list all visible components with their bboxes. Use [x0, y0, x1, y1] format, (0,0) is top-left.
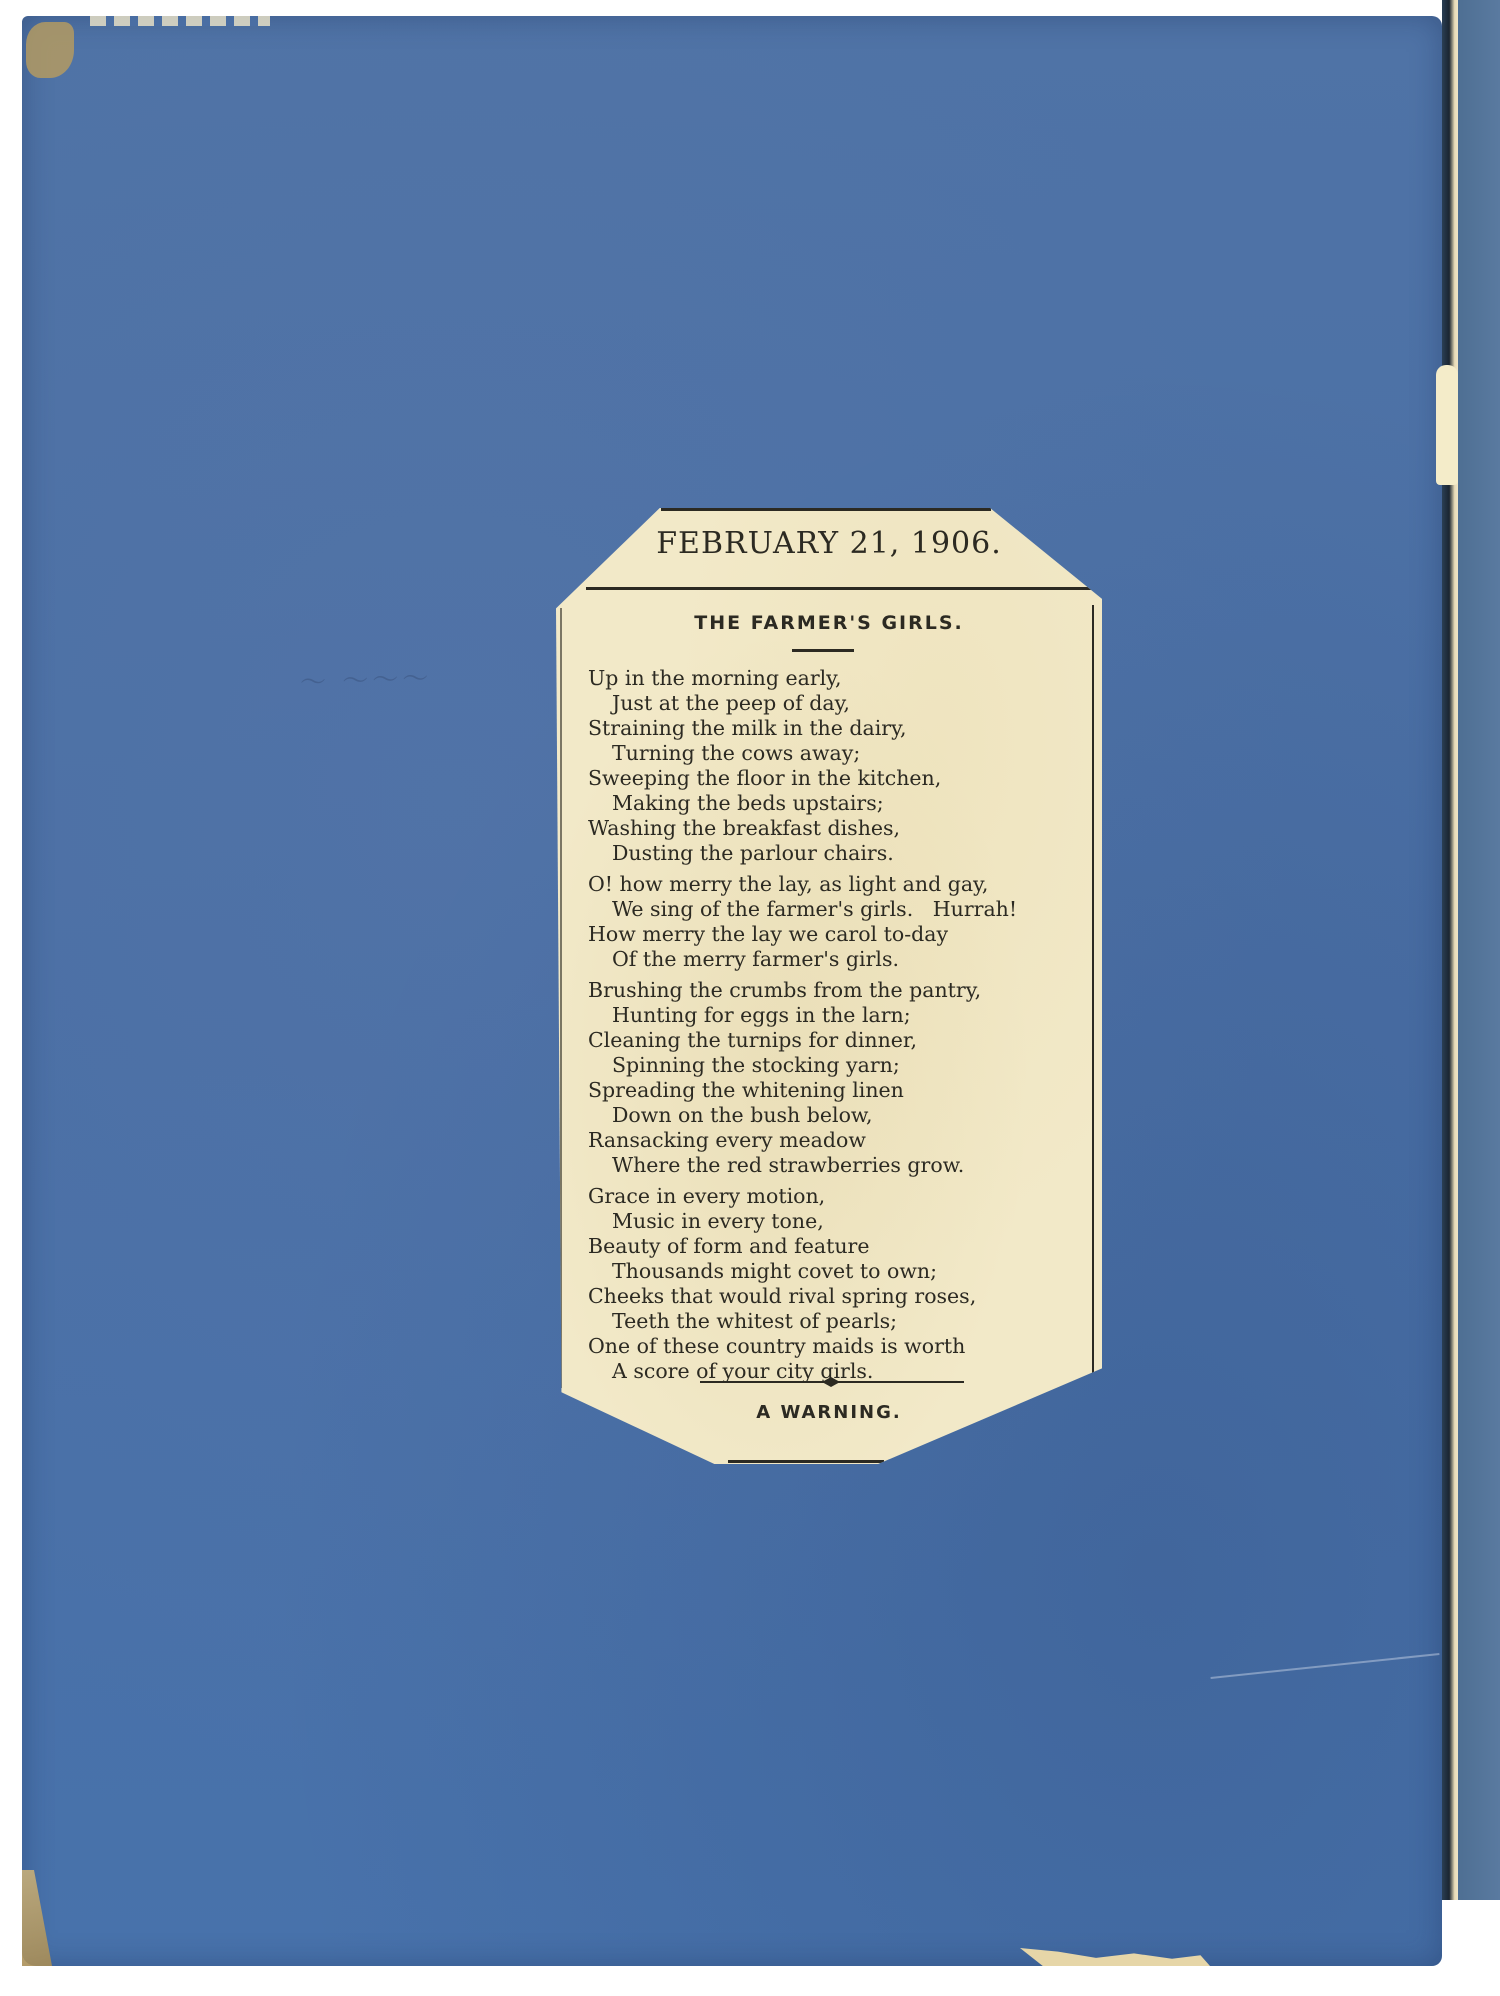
poem-line: Spreading the whitening linen [588, 1078, 1088, 1103]
stanza-1: Up in the morning early, Just at the pee… [588, 666, 1088, 866]
poem-line: Turning the cows away; [588, 741, 1088, 766]
poem-line: Spinning the stocking yarn; [588, 1053, 1088, 1078]
newspaper-clipping: FEBRUARY 21, 1906. THE FARMER'S GIRLS. U… [556, 508, 1102, 1464]
poem-line: One of these country maids is worth [588, 1334, 1088, 1359]
stanza-3: Grace in every motion, Music in every to… [588, 1184, 1088, 1384]
title-rule [792, 649, 854, 652]
poem-line: Cheeks that would rival spring roses, [588, 1284, 1088, 1309]
poem-line: How merry the lay we carol to-day [588, 922, 1088, 947]
corner-wear-top-left [26, 22, 74, 78]
poem-line: Down on the bush below, [588, 1103, 1088, 1128]
poem-line: Beauty of form and feature [588, 1234, 1088, 1259]
clipping-top-rule [661, 508, 991, 511]
clipping-bottom-rule [728, 1460, 884, 1463]
poem-line: Music in every tone, [588, 1209, 1088, 1234]
poem-line: Straining the milk in the dairy, [588, 716, 1088, 741]
faint-offset-mark: ～ ～～～ [299, 658, 432, 700]
poem-line: Brushing the crumbs from the pantry, [588, 978, 1088, 1003]
poem-line: Just at the peep of day, [588, 691, 1088, 716]
poem-title: THE FARMER'S GIRLS. [556, 612, 1102, 634]
poem-line: Making the beds upstairs; [588, 791, 1088, 816]
ornamental-divider [700, 1376, 964, 1388]
poem-line: Sweeping the floor in the kitchen, [588, 766, 1088, 791]
poem-line: Teeth the whitest of pearls; [588, 1309, 1088, 1334]
book-spine [1458, 0, 1500, 1900]
poem-line: Of the merry farmer's girls. [588, 947, 1088, 972]
stanza-chorus: O! how merry the lay, as light and gay, … [588, 872, 1088, 972]
poem-line: Hunting for eggs in the larn; [588, 1003, 1088, 1028]
poem-line: We sing of the farmer's girls. Hurrah! [588, 897, 1088, 922]
poem-line: Up in the morning early, [588, 666, 1088, 691]
edge-wear-top [90, 16, 270, 26]
poem-line: Thousands might covet to own; [588, 1259, 1088, 1284]
poem-line: Washing the breakfast dishes, [588, 816, 1088, 841]
poem-line: O! how merry the lay, as light and gay, [588, 872, 1088, 897]
divider-diamond-icon [822, 1377, 840, 1387]
poem-line: Dusting the parlour chairs. [588, 841, 1088, 866]
poem-line: Ransacking every meadow [588, 1128, 1088, 1153]
column-rule-right [1092, 605, 1094, 1385]
poem-line: Where the red strawberries grow. [588, 1153, 1088, 1178]
poem-line: Grace in every motion, [588, 1184, 1088, 1209]
poem-body: Up in the morning early, Just at the pee… [588, 666, 1088, 1390]
spine-paper-tab [1436, 365, 1458, 485]
stanza-2: Brushing the crumbs from the pantry, Hun… [588, 978, 1088, 1178]
header-rule [586, 587, 1096, 590]
poem-line: Cleaning the turnips for dinner, [588, 1028, 1088, 1053]
